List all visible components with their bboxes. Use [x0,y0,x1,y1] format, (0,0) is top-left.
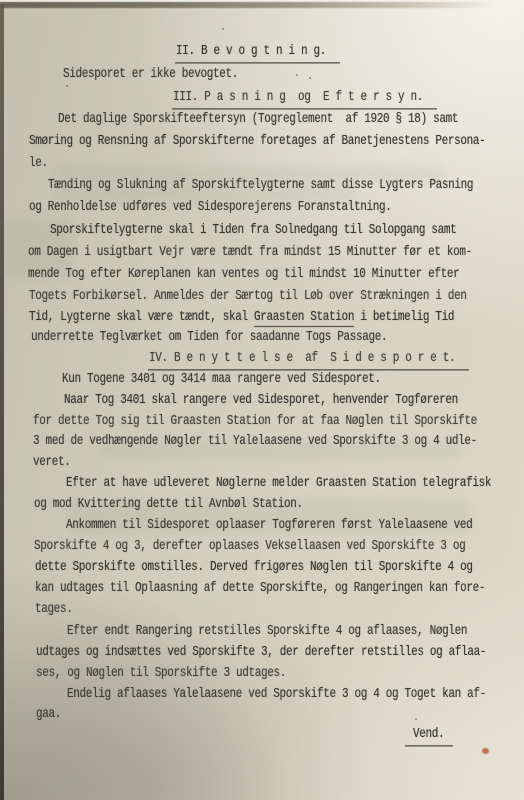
text-line: om Dagen i usigtbart Vejr være tændt fra… [28,245,472,261]
text-line: Det daglige Sporskifteeftersyn (Togregle… [58,112,458,128]
text-line: Tænding og Slukning af Sporskiftelygtern… [48,178,473,194]
text-line: mende Tog efter Køreplanen kan ventes og… [28,267,459,283]
text-line: Ankommen til Sidesporet oplaaser Togføre… [66,518,472,534]
text-line: Tid, Lygterne skal være tændt, skal Graa… [29,310,454,326]
text-line: og mod Kvittering dette til Avnbøl Stati… [34,497,303,513]
text-line: for dette Tog sig til Graasten Station f… [33,414,477,430]
text-line: udtages og indsættes ved Sporskifte 3, d… [36,645,486,661]
text-line: le. [29,156,48,172]
text-line: 3 med de vedhængende Nøgler til Yalelaas… [33,434,477,450]
text-line: ses, og Nøglen til Sporskifte 3 udtages. [36,666,286,682]
section-heading: III. P a s n i n g og E f t e r s y n. [172,90,437,110]
text-line: veret. [33,455,71,471]
text-line: kan udtages til Oplaasning af dette Spor… [35,581,485,597]
text-line: gaa. [36,707,61,723]
text-line: Sporskiftelygterne skal i Tiden fra Soln… [50,223,456,239]
text-line: Smøring og Rensning af Sporskifterne for… [29,134,485,150]
text-line: underrette Teglværket om Tiden for saada… [31,330,387,346]
text-line: Sidesporet er ikke bevogtet. [63,67,238,83]
text-line: Efter endt Rangering retstilles Sporskif… [67,624,467,640]
text-line: dette Sporskifte omstilles. Derved frigø… [35,560,473,576]
page-turn-mark: Vend. [405,727,453,747]
text-line: Naar Tog 3401 skal rangere ved Sidespore… [64,393,458,409]
text-line: tages. [35,602,73,618]
section-heading: II. B e v o g t n i n g. [175,44,340,64]
text-line: Kun Togene 3401 og 3414 maa rangere ved … [62,372,381,388]
section-heading: IV. B e n y t t e l s e af S i d e s p o… [148,351,469,371]
text-segment: i betimelig Tid [354,310,454,325]
document-page: II. B e v o g t n i n g.Sidesporet er ik… [0,0,524,800]
text-line: Efter at have udleveret Nøglerne melder … [66,476,491,492]
text-line: Sporskifte 4 og 3, derefter oplaases Vek… [34,539,465,555]
text-segment: Tid, Lygterne skal være tændt, skal [29,310,254,325]
text-line: Endelig aflaases Yalelaasene ved Sporski… [67,687,486,703]
underlined-station-name: Graasten Station [254,310,354,327]
text-layer: II. B e v o g t n i n g.Sidesporet er ik… [0,0,524,800]
text-line: Togets Forbikørsel. Anmeldes der Særtog … [29,289,467,305]
text-line: og Renholdelse udføres ved Sidesporejere… [29,200,392,216]
